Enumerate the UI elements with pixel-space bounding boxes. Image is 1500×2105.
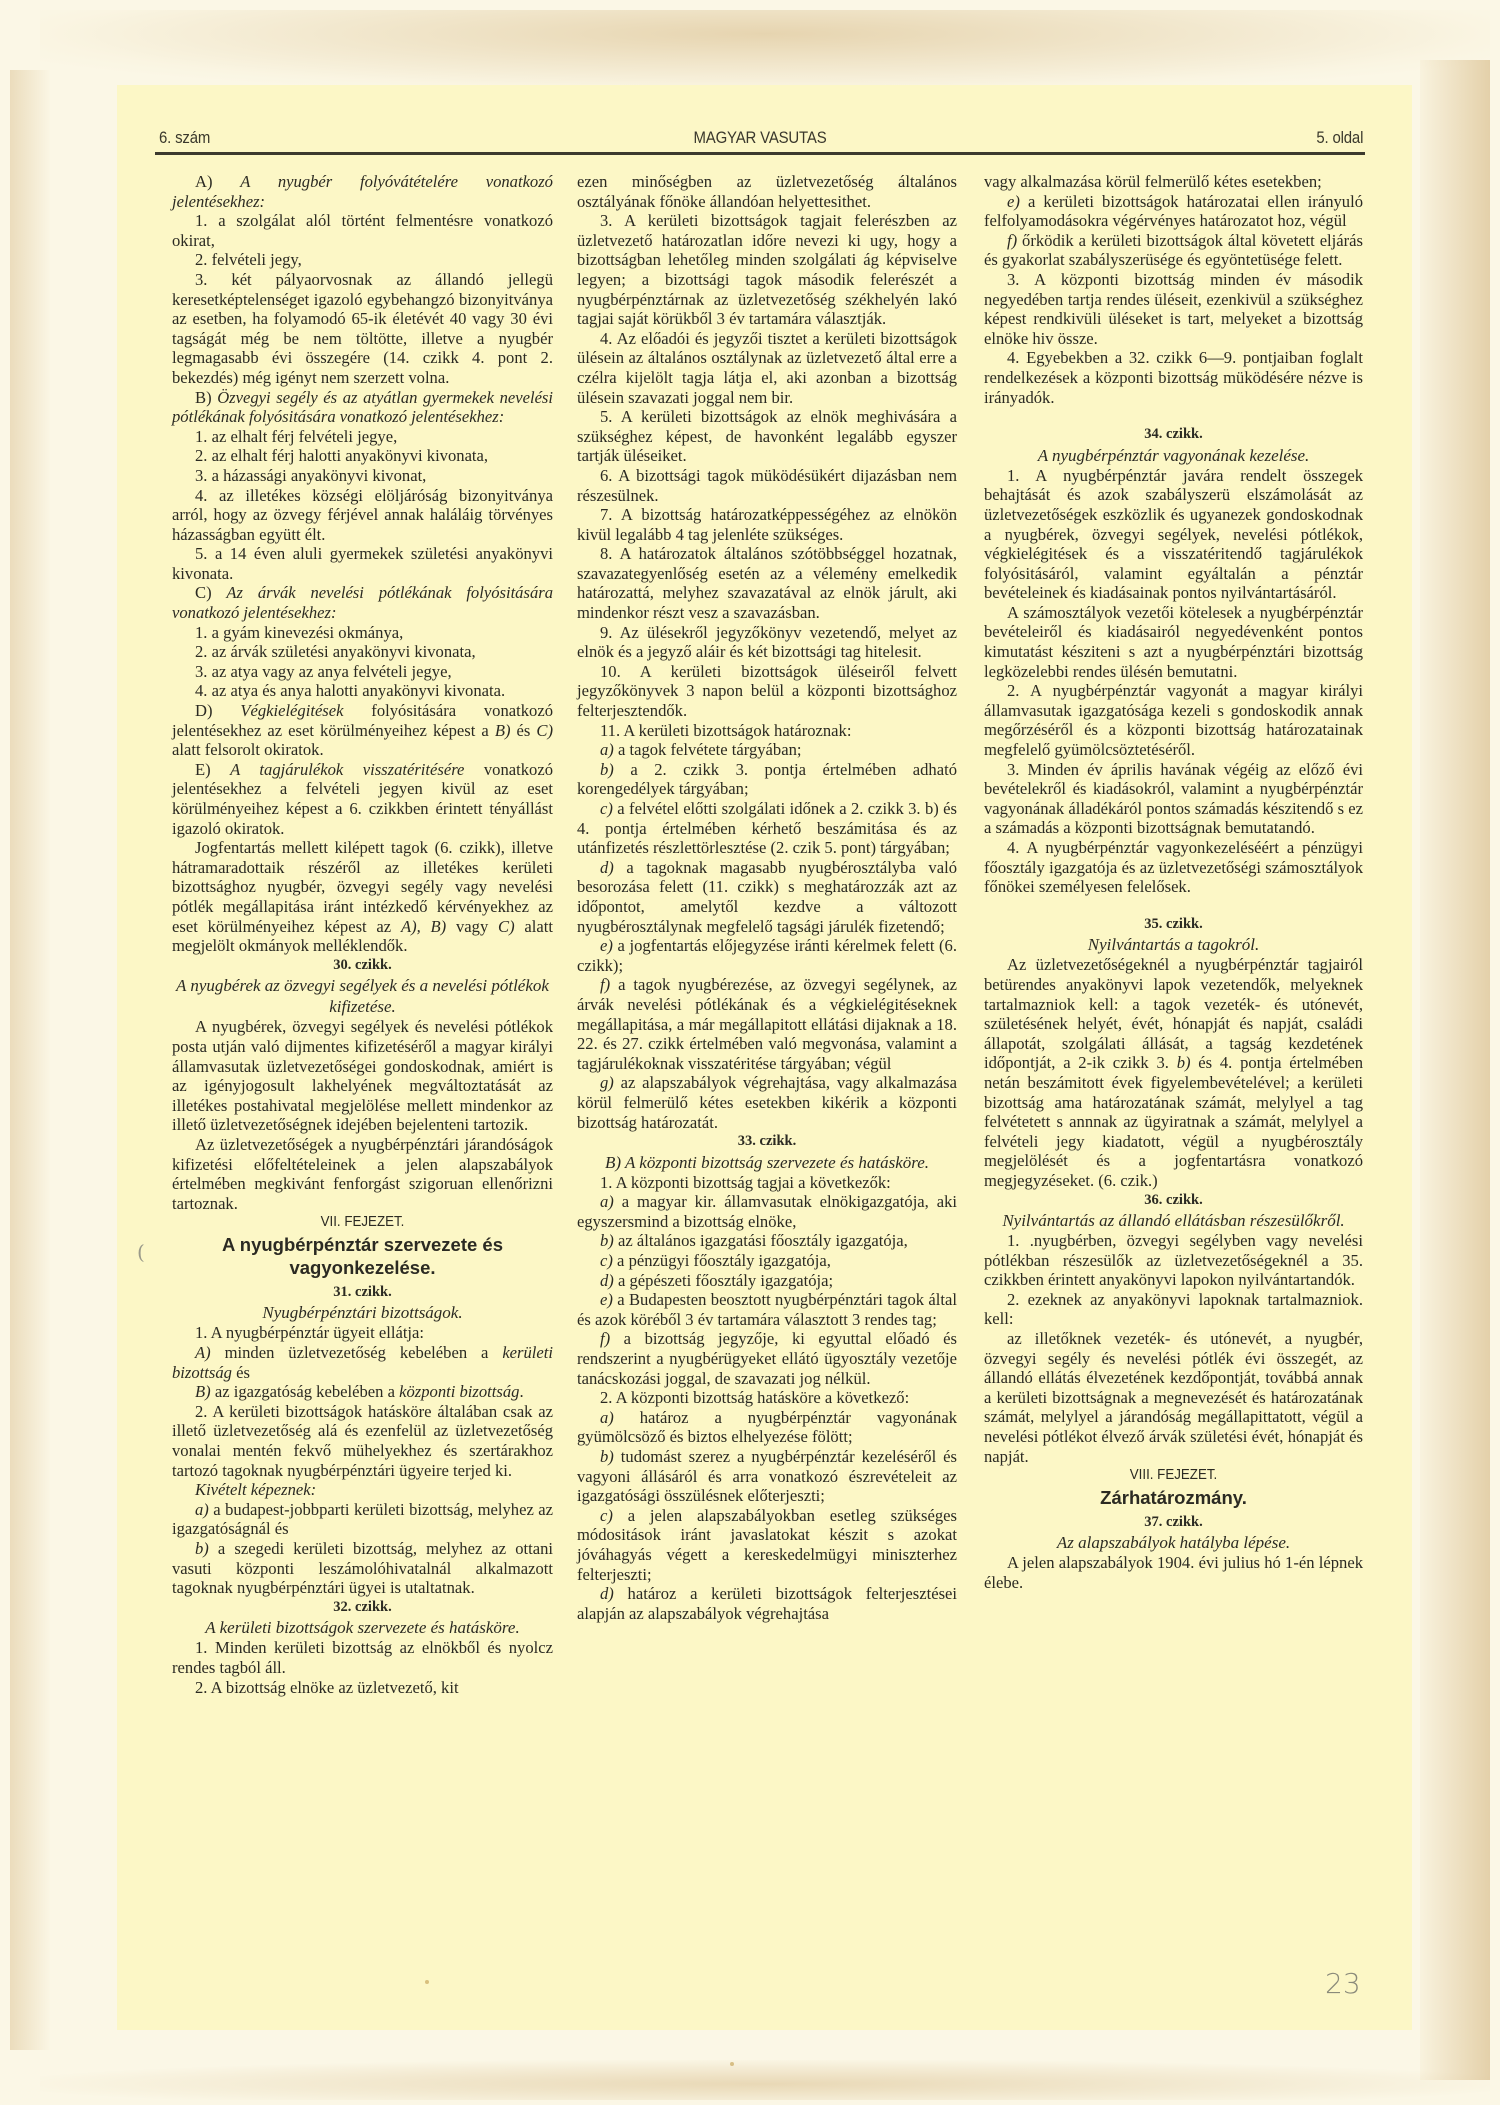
list-item-text: az alapszabályok végrehajtása, vagy alka… bbox=[577, 1073, 957, 1131]
list-item-letter: a) bbox=[600, 1192, 614, 1211]
article-33-title: B) A központi bizottság szervezete és ha… bbox=[577, 1152, 957, 1173]
list-item: a) a tagok felvétete tárgyában; bbox=[577, 740, 957, 760]
list-item-letter: b) bbox=[600, 760, 614, 779]
section-a-heading: A) A nyugbér folyóvátételére vonatkozó j… bbox=[172, 172, 553, 211]
paragraph: Az üzletvezetőségek a nyugbérpénztári já… bbox=[172, 1135, 553, 1213]
list-item-text: a kerületi bizottságok határozatai ellen… bbox=[984, 192, 1363, 231]
page-header: 6. szám MAGYAR VASUTAS 5. oldal bbox=[155, 126, 1365, 152]
article-30-title: A nyugbérek az özvegyi segélyek és a nev… bbox=[172, 975, 553, 1017]
paragraph: 1. Minden kerületi bizottság az elnökből… bbox=[172, 1638, 553, 1677]
article-34-label: 34. czikk. bbox=[984, 425, 1363, 445]
powers-list: a) határoz a nyugbérpénztár vagyonának g… bbox=[577, 1408, 957, 1624]
paper-spot bbox=[425, 1980, 429, 1984]
paragraph: 9. Az ülésekről jegyzőkönyv vezetendő, m… bbox=[577, 623, 957, 662]
paragraph: 1. A nyugbérpénztár javára rendelt össze… bbox=[984, 466, 1363, 603]
article-32-title: A kerületi bizottságok szervezete és hat… bbox=[172, 1617, 553, 1638]
paragraph: A nyugbérek, özvegyi segélyek és nevelés… bbox=[172, 1017, 553, 1135]
powers-list: a) a tagok felvétete tárgyában;b) a 2. c… bbox=[577, 740, 957, 1132]
list-item: 4. az illetékes községi elöljáróság bizo… bbox=[172, 486, 553, 545]
list-item-text: a tagok felvétete tárgyában; bbox=[614, 740, 802, 759]
list-item: 3. az atya vagy az anya felvételi jegye, bbox=[172, 662, 553, 682]
paper-stain-left bbox=[10, 70, 50, 2050]
list-item: 3. a házassági anyakönyvi kivonat, bbox=[172, 466, 553, 486]
list-item-letter: g) bbox=[600, 1073, 614, 1092]
list-item-text: a Budapesten beosztott nyugbérpénztári t… bbox=[577, 1290, 957, 1329]
paper-spot bbox=[730, 2062, 734, 2066]
paragraph: A jelen alapszabályok 1904. évi julius h… bbox=[984, 1553, 1363, 1592]
section-d-paragraph: D) Végkielégitések folyósitására vonatko… bbox=[172, 701, 553, 760]
paragraph: 3. A központi bizottság minden év másodi… bbox=[984, 270, 1363, 348]
chapter-8-title: Zárhatározmány. bbox=[984, 1486, 1363, 1509]
list-item-letter: c) bbox=[600, 1506, 613, 1525]
article-37-title: Az alapszabályok hatályba lépése. bbox=[984, 1532, 1363, 1553]
list-item-text: a gépészeti főosztály igazgatója; bbox=[614, 1271, 833, 1290]
paragraph: 11. A kerületi bizottságok határoznak: bbox=[577, 721, 957, 741]
list-item-text: tudomást szerez a nyugbérpénztár kezelés… bbox=[577, 1447, 957, 1505]
jogfentartas-paragraph: Jogfentartás mellett kilépett tagok (6. … bbox=[172, 838, 553, 956]
list-item: 1. a szolgálat alól történt felmentésre … bbox=[172, 211, 553, 250]
paragraph: 7. A bizottság határozatképpességéhez az… bbox=[577, 505, 957, 544]
paragraph: 4. Egyebekben a 32. czikk 6—9. pontjaiba… bbox=[984, 348, 1363, 407]
article-31-title: Nyugbérpénztári bizottságok. bbox=[172, 1302, 553, 1323]
list-item: e) a jogfentartás előjegyzése iránti kér… bbox=[577, 936, 957, 975]
article-36-label: 36. czikk. bbox=[984, 1191, 1363, 1211]
paragraph: 3. Minden év április havának végéig az e… bbox=[984, 760, 1363, 838]
list-item-text: az általános igazgatási főosztály igazga… bbox=[614, 1231, 908, 1250]
list-item-text: a magyar kir. államvasutak elnökigazgató… bbox=[577, 1192, 957, 1231]
exception-label: Kivételt képeznek: bbox=[172, 1480, 553, 1500]
paragraph: 2. A nyugbérpénztár vagyonát a magyar ki… bbox=[984, 681, 1363, 759]
article-36-title: Nyilvántartás az állandó ellátásban rész… bbox=[984, 1210, 1363, 1231]
list-item: B) az igazgatóság kebelében a központi b… bbox=[172, 1382, 553, 1402]
list-item: A) minden üzletvezetőség kebelében a ker… bbox=[172, 1343, 553, 1382]
paragraph: 8. A határozatok általános szótöbbséggel… bbox=[577, 544, 957, 622]
list-item: f) a tagok nyugbérezése, az özvegyi segé… bbox=[577, 975, 957, 1073]
list-item-text: a jelen alapszabályokban esetleg szükség… bbox=[577, 1506, 957, 1584]
list-item-letter: d) bbox=[600, 1584, 614, 1603]
list-item-letter: c) bbox=[600, 799, 613, 818]
list-item: f) a bizottság jegyzője, ki egyuttal elő… bbox=[577, 1329, 957, 1388]
paragraph: 3. A kerületi bizottságok tagjait feleré… bbox=[577, 211, 957, 329]
list-item: 3. két pályaorvosnak az állandó jellegü … bbox=[172, 270, 553, 388]
paragraph: 4. A nyugbérpénztár vagyonkezeléséért a … bbox=[984, 838, 1363, 897]
list-item-letter: d) bbox=[600, 1271, 614, 1290]
article-37-label: 37. czikk. bbox=[984, 1513, 1363, 1533]
margin-mark: ( bbox=[137, 1240, 145, 1264]
article-34-title: A nyugbérpénztár vagyonának kezelése. bbox=[984, 445, 1363, 466]
paragraph: ezen minőségben az üzletvezetőség általá… bbox=[577, 172, 957, 211]
list-item-letter: a) bbox=[600, 740, 614, 759]
paragraph: Az üzletvezetőségeknél a nyugbérpénztár … bbox=[984, 955, 1363, 1190]
list-item: d) határoz a kerületi bizottságok felter… bbox=[577, 1584, 957, 1623]
list-item: 4. az atya és anya halotti anyakönyvi ki… bbox=[172, 681, 553, 701]
list-item-letter: f) bbox=[1007, 231, 1017, 250]
list-item: 2. az elhalt férj halotti anyakönyvi kiv… bbox=[172, 446, 553, 466]
paragraph: 5. A kerületi bizottságok az elnök meghi… bbox=[577, 407, 957, 466]
list-item: 1. az elhalt férj felvételi jegye, bbox=[172, 427, 553, 447]
paragraph: 10. A kerületi bizottságok üléseiről fel… bbox=[577, 662, 957, 721]
list-item: 1. a gyám kinevezési okmánya, bbox=[172, 623, 553, 643]
list-item: b) az általános igazgatási főosztály iga… bbox=[577, 1231, 957, 1251]
paragraph: 2. ezeknek az anyakönyvi lapoknak tartal… bbox=[984, 1290, 1363, 1329]
paragraph: vagy alkalmazása körül felmerülő kétes e… bbox=[984, 172, 1363, 192]
masthead-title: MAGYAR VASUTAS bbox=[228, 128, 1293, 148]
paragraph: az illetőknek vezeték- és utónevét, a ny… bbox=[984, 1329, 1363, 1466]
list-item: 5. a 14 éven aluli gyermekek születési a… bbox=[172, 544, 553, 583]
list-item-letter: c) bbox=[600, 1251, 613, 1270]
list-item-letter: b) bbox=[600, 1447, 614, 1466]
list-item: a) a magyar kir. államvasutak elnökigazg… bbox=[577, 1192, 957, 1231]
article-30-label: 30. czikk. bbox=[172, 956, 553, 976]
list-item-letter: b) bbox=[600, 1231, 614, 1250]
paragraph: 1. A nyugbérpénztár ügyeit ellátja: bbox=[172, 1323, 553, 1343]
list-item: b) a szegedi kerületi bizottság, melyhez… bbox=[172, 1539, 553, 1598]
list-item: c) a pénzügyi főosztály igazgatója, bbox=[577, 1251, 957, 1271]
list-item: 2. felvételi jegy, bbox=[172, 250, 553, 270]
section-b-heading: B) Özvegyi segély és az atyátlan gyermek… bbox=[172, 388, 553, 427]
list-item: e) a Budapesten beosztott nyugbérpénztár… bbox=[577, 1290, 957, 1329]
list-item: d) a tagoknak magasabb nyugbérosztályba … bbox=[577, 858, 957, 936]
list-item-letter: e) bbox=[1007, 192, 1020, 211]
list-item-text: a tagok nyugbérezése, az özvegyi segélyn… bbox=[577, 975, 957, 1072]
article-31-label: 31. czikk. bbox=[172, 1283, 553, 1303]
list-item: 2. az árvák születési anyakönyvi kivonat… bbox=[172, 642, 553, 662]
list-item-letter: d) bbox=[600, 858, 614, 877]
list-item-text: határoz a kerületi bizottságok felterjes… bbox=[577, 1584, 957, 1623]
chapter-7-label: VII. FEJEZET. bbox=[187, 1213, 538, 1233]
list-item-text: a 2. czikk 3. pontja értelmében adható k… bbox=[577, 760, 957, 799]
list-item-text: a tagoknak magasabb nyugbérosztályba val… bbox=[577, 858, 957, 936]
handwritten-page-number: 23 bbox=[1325, 1967, 1361, 2000]
list-item-text: a felvétel előtti szolgálati időnek a 2.… bbox=[577, 799, 957, 857]
paragraph: 1. A központi bizottság tagjai a követke… bbox=[577, 1173, 957, 1193]
list-item: b) a 2. czikk 3. pontja értelmében adhat… bbox=[577, 760, 957, 799]
list-item: d) a gépészeti főosztály igazgatója; bbox=[577, 1271, 957, 1291]
list-item-text: a pénzügyi főosztály igazgatója, bbox=[613, 1251, 831, 1270]
section-e-paragraph: E) A tagjárulékok visszatéritésére vonat… bbox=[172, 760, 553, 838]
list-item: a) a budapest-jobbparti kerületi bizotts… bbox=[172, 1500, 553, 1539]
paper-stain-top bbox=[40, 10, 1490, 90]
section-c-heading: C) Az árvák nevelési pótlékának folyósit… bbox=[172, 583, 553, 622]
powers-list: e) a kerületi bizottságok határozatai el… bbox=[984, 192, 1363, 270]
page-number: 5. oldal bbox=[1316, 128, 1363, 148]
paragraph: 2. A bizottság elnöke az üzletvezető, ki… bbox=[172, 1678, 553, 1698]
list-item: e) a kerületi bizottságok határozatai el… bbox=[984, 192, 1363, 231]
list-item: g) az alapszabályok végrehajtása, vagy a… bbox=[577, 1073, 957, 1132]
paragraph: A számosztályok vezetői kötelesek a nyug… bbox=[984, 603, 1363, 681]
chapter-7-title: A nyugbérpénztár szervezete és vagyonkez… bbox=[172, 1233, 553, 1279]
list-item: c) a felvétel előtti szolgálati időnek a… bbox=[577, 799, 957, 858]
list-item-text: őrködik a kerületi bizottságok által köv… bbox=[984, 231, 1363, 270]
paper-stain-bottom bbox=[40, 2060, 1490, 2100]
list-item: f) őrködik a kerületi bizottságok által … bbox=[984, 231, 1363, 270]
article-35-title: Nyilvántartás a tagokról. bbox=[984, 934, 1363, 955]
paragraph: 1. .nyugbérben, özvegyi segélyben vagy n… bbox=[984, 1231, 1363, 1290]
chapter-8-label: VIII. FEJEZET. bbox=[999, 1466, 1348, 1486]
article-32-label: 32. czikk. bbox=[172, 1598, 553, 1618]
list-item-text: határoz a nyugbérpénztár vagyonának gyüm… bbox=[577, 1408, 957, 1447]
list-item-text: a bizottság jegyzője, ki egyuttal előadó… bbox=[577, 1329, 957, 1387]
column-middle: ezen minőségben az üzletvezetőség általá… bbox=[577, 172, 957, 1623]
paragraph: 2. A kerületi bizottságok hatásköre álta… bbox=[172, 1402, 553, 1480]
list-item-letter: a) bbox=[600, 1408, 614, 1427]
list-item-letter: e) bbox=[600, 936, 613, 955]
list-item-letter: f) bbox=[600, 975, 610, 994]
members-list: a) a magyar kir. államvasutak elnökigazg… bbox=[577, 1192, 957, 1388]
header-rule bbox=[155, 152, 1365, 155]
column-right: vagy alkalmazása körül felmerülő kétes e… bbox=[984, 172, 1363, 1593]
article-33-label: 33. czikk. bbox=[577, 1132, 957, 1152]
paragraph: 2. A központi bizottság hatásköre a köve… bbox=[577, 1388, 957, 1408]
list-item-text: a jogfentartás előjegyzése iránti kérelm… bbox=[577, 936, 957, 975]
list-item-letter: f) bbox=[600, 1329, 610, 1348]
column-left: A) A nyugbér folyóvátételére vonatkozó j… bbox=[172, 172, 553, 1697]
article-35-label: 35. czikk. bbox=[984, 915, 1363, 935]
list-item: b) tudomást szerez a nyugbérpénztár keze… bbox=[577, 1447, 957, 1506]
paragraph: 6. A bizottsági tagok müködésükért dijaz… bbox=[577, 466, 957, 505]
list-item: a) határoz a nyugbérpénztár vagyonának g… bbox=[577, 1408, 957, 1447]
list-item-letter: e) bbox=[600, 1290, 613, 1309]
paper-stain-right bbox=[1420, 60, 1490, 2080]
paragraph: 4. Az előadói és jegyzői tisztet a kerül… bbox=[577, 329, 957, 407]
issue-number: 6. szám bbox=[159, 128, 210, 148]
list-item: c) a jelen alapszabályokban esetleg szük… bbox=[577, 1506, 957, 1584]
